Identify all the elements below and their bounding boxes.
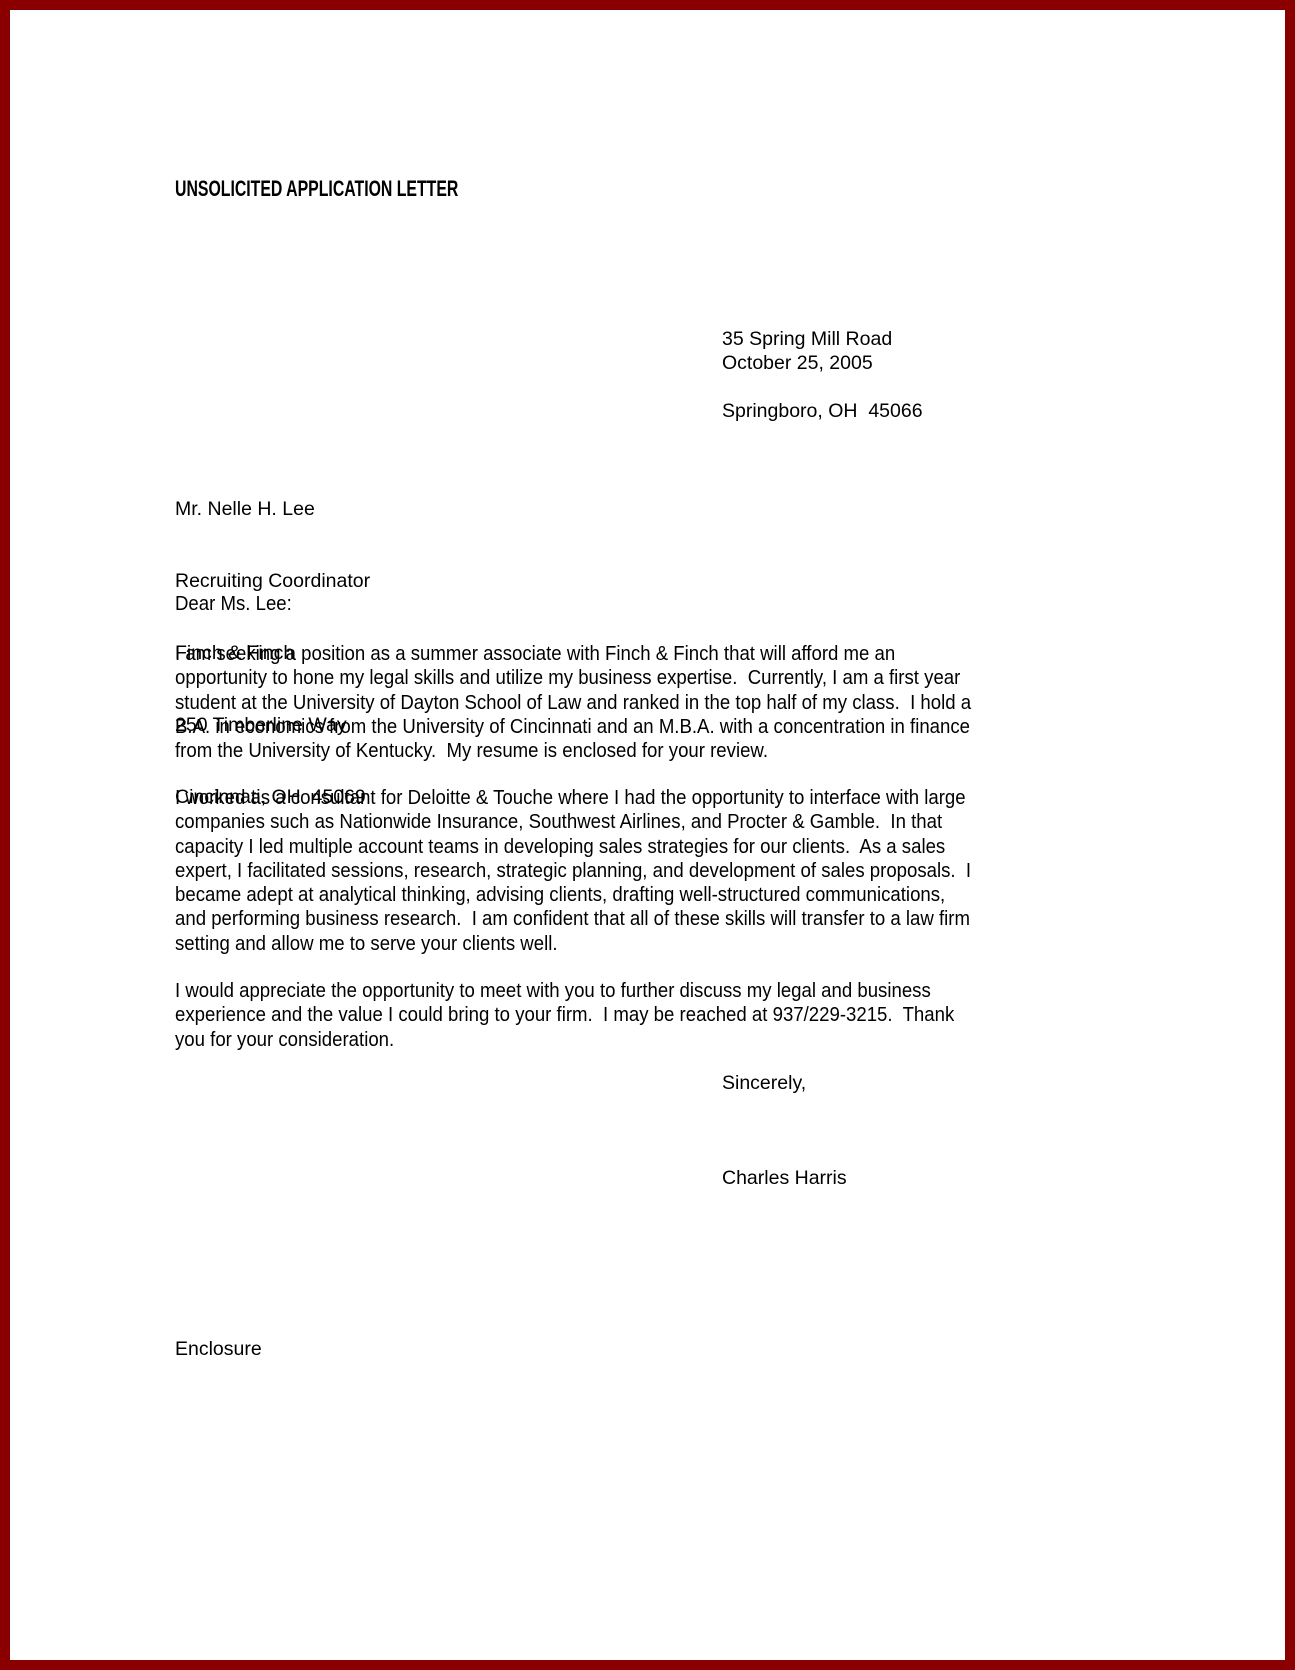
- closing-phrase: Sincerely,: [722, 1071, 806, 1095]
- signature-name: Charles Harris: [722, 1166, 847, 1190]
- body-paragraph: I am seeking a position as a summer asso…: [175, 642, 1161, 763]
- letter-page: UNSOLICITED APPLICATION LETTER 35 Spring…: [0, 0, 1295, 1670]
- salutation: Dear Ms. Lee:: [175, 592, 1161, 616]
- enclosure-note: Enclosure: [175, 1337, 262, 1361]
- sender-address-block: 35 Spring Mill Road Springboro, OH 45066: [722, 279, 923, 471]
- body-paragraph: I worked as a consultant for Deloitte & …: [175, 786, 1161, 956]
- sender-address-line: Springboro, OH 45066: [722, 399, 923, 423]
- letter-title: UNSOLICITED APPLICATION LETTER: [175, 176, 458, 202]
- body-paragraph: I would appreciate the opportunity to me…: [175, 979, 1161, 1052]
- sender-address-line: 35 Spring Mill Road: [722, 327, 923, 351]
- recipient-name: Mr. Nelle H. Lee: [175, 497, 370, 521]
- letter-date: October 25, 2005: [722, 351, 873, 375]
- recipient-title: Recruiting Coordinator: [175, 569, 370, 593]
